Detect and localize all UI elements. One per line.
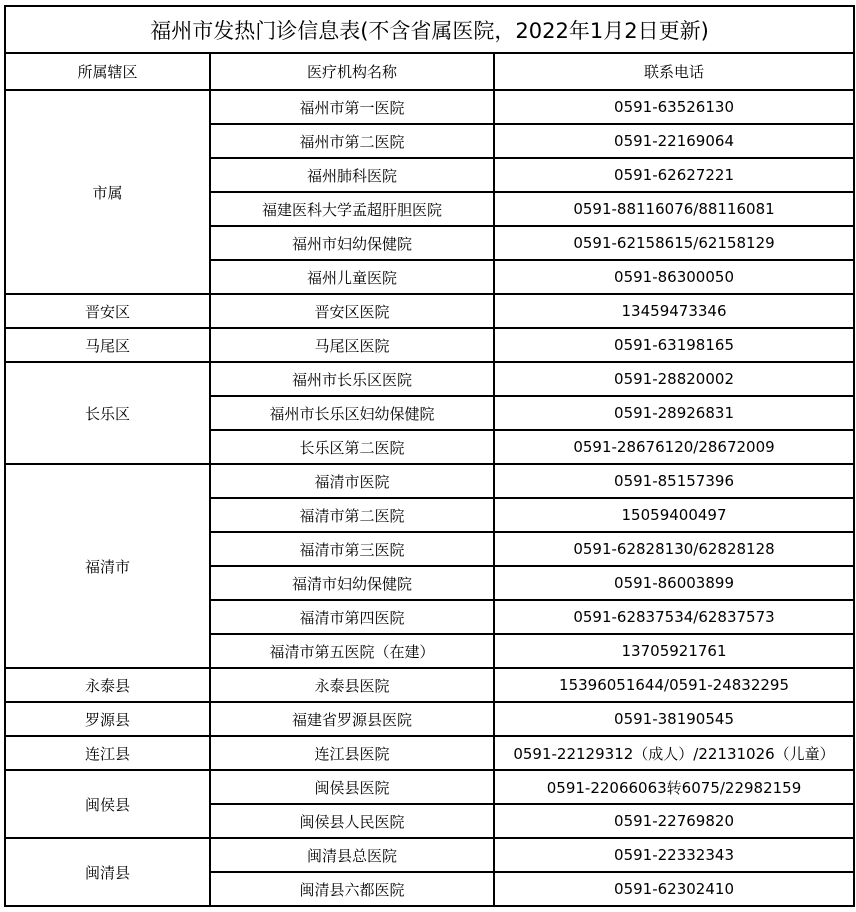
institution-cell: 福州市长乐区妇幼保健院 [210, 396, 494, 430]
institution-cell: 福州市第二医院 [210, 124, 494, 158]
institution-cell: 闽清县六都医院 [210, 872, 494, 906]
header-institution: 医疗机构名称 [210, 53, 494, 90]
phone-cell: 0591-22066063转6075/22982159 [494, 770, 854, 804]
table-row: 马尾区 马尾区医院 0591-63198165 [5, 328, 854, 362]
table-title: 福州市发热门诊信息表(不含省属医院，2022年1月2日更新) [5, 6, 854, 53]
institution-cell: 马尾区医院 [210, 328, 494, 362]
phone-cell: 0591-28676120/28672009 [494, 430, 854, 464]
phone-cell: 13705921761 [494, 634, 854, 668]
table-row: 永泰县 永泰县医院 15396051644/0591-24832295 [5, 668, 854, 702]
institution-cell: 福清市第二医院 [210, 498, 494, 532]
phone-cell: 0591-63198165 [494, 328, 854, 362]
phone-cell: 0591-22129312（成人）/22131026（儿童） [494, 736, 854, 770]
phone-cell: 0591-22169064 [494, 124, 854, 158]
table-body: 市属 福州市第一医院 0591-63526130 福州市第二医院 0591-22… [5, 90, 854, 906]
phone-cell: 0591-28820002 [494, 362, 854, 396]
institution-cell: 闽侯县人民医院 [210, 804, 494, 838]
phone-cell: 0591-62158615/62158129 [494, 226, 854, 260]
phone-cell: 0591-88116076/88116081 [494, 192, 854, 226]
phone-cell: 0591-86300050 [494, 260, 854, 294]
institution-cell: 福清市第四医院 [210, 600, 494, 634]
header-phone: 联系电话 [494, 53, 854, 90]
phone-cell: 0591-62837534/62837573 [494, 600, 854, 634]
district-cell: 永泰县 [5, 668, 210, 702]
institution-cell: 福州肺科医院 [210, 158, 494, 192]
district-cell: 市属 [5, 90, 210, 294]
district-cell: 闽清县 [5, 838, 210, 906]
phone-cell: 0591-28926831 [494, 396, 854, 430]
institution-cell: 福清市第五医院（在建） [210, 634, 494, 668]
table-row: 闽侯县 闽侯县医院 0591-22066063转6075/22982159 [5, 770, 854, 804]
institution-cell: 长乐区第二医院 [210, 430, 494, 464]
institution-cell: 福州市长乐区医院 [210, 362, 494, 396]
institution-cell: 福建省罗源县医院 [210, 702, 494, 736]
phone-cell: 13459473346 [494, 294, 854, 328]
phone-cell: 0591-62627221 [494, 158, 854, 192]
institution-cell: 闽侯县医院 [210, 770, 494, 804]
phone-cell: 0591-22769820 [494, 804, 854, 838]
district-cell: 闽侯县 [5, 770, 210, 838]
district-cell: 晋安区 [5, 294, 210, 328]
header-row: 所属辖区 医疗机构名称 联系电话 [5, 53, 854, 90]
institution-cell: 福建医科大学孟超肝胆医院 [210, 192, 494, 226]
table-row: 晋安区 晋安区医院 13459473346 [5, 294, 854, 328]
district-cell: 长乐区 [5, 362, 210, 464]
phone-cell: 0591-85157396 [494, 464, 854, 498]
district-cell: 连江县 [5, 736, 210, 770]
fever-clinic-table: 福州市发热门诊信息表(不含省属医院，2022年1月2日更新) 所属辖区 医疗机构… [4, 5, 855, 907]
table-row: 罗源县 福建省罗源县医院 0591-38190545 [5, 702, 854, 736]
institution-cell: 永泰县医院 [210, 668, 494, 702]
table-row: 连江县 连江县医院 0591-22129312（成人）/22131026（儿童） [5, 736, 854, 770]
table-row: 市属 福州市第一医院 0591-63526130 [5, 90, 854, 124]
institution-cell: 福州市妇幼保健院 [210, 226, 494, 260]
header-district: 所属辖区 [5, 53, 210, 90]
phone-cell: 15059400497 [494, 498, 854, 532]
institution-cell: 晋安区医院 [210, 294, 494, 328]
district-cell: 罗源县 [5, 702, 210, 736]
phone-cell: 0591-63526130 [494, 90, 854, 124]
phone-cell: 0591-86003899 [494, 566, 854, 600]
district-cell: 马尾区 [5, 328, 210, 362]
table-row: 闽清县 闽清县总医院 0591-22332343 [5, 838, 854, 872]
phone-cell: 0591-38190545 [494, 702, 854, 736]
institution-cell: 福州儿童医院 [210, 260, 494, 294]
phone-cell: 0591-62302410 [494, 872, 854, 906]
institution-cell: 连江县医院 [210, 736, 494, 770]
table-row: 福清市 福清市医院 0591-85157396 [5, 464, 854, 498]
institution-cell: 福清市第三医院 [210, 532, 494, 566]
title-row: 福州市发热门诊信息表(不含省属医院，2022年1月2日更新) [5, 6, 854, 53]
district-cell: 福清市 [5, 464, 210, 668]
phone-cell: 0591-22332343 [494, 838, 854, 872]
institution-cell: 闽清县总医院 [210, 838, 494, 872]
table-row: 长乐区 福州市长乐区医院 0591-28820002 [5, 362, 854, 396]
institution-cell: 福清市医院 [210, 464, 494, 498]
phone-cell: 0591-62828130/62828128 [494, 532, 854, 566]
phone-cell: 15396051644/0591-24832295 [494, 668, 854, 702]
institution-cell: 福州市第一医院 [210, 90, 494, 124]
institution-cell: 福清市妇幼保健院 [210, 566, 494, 600]
